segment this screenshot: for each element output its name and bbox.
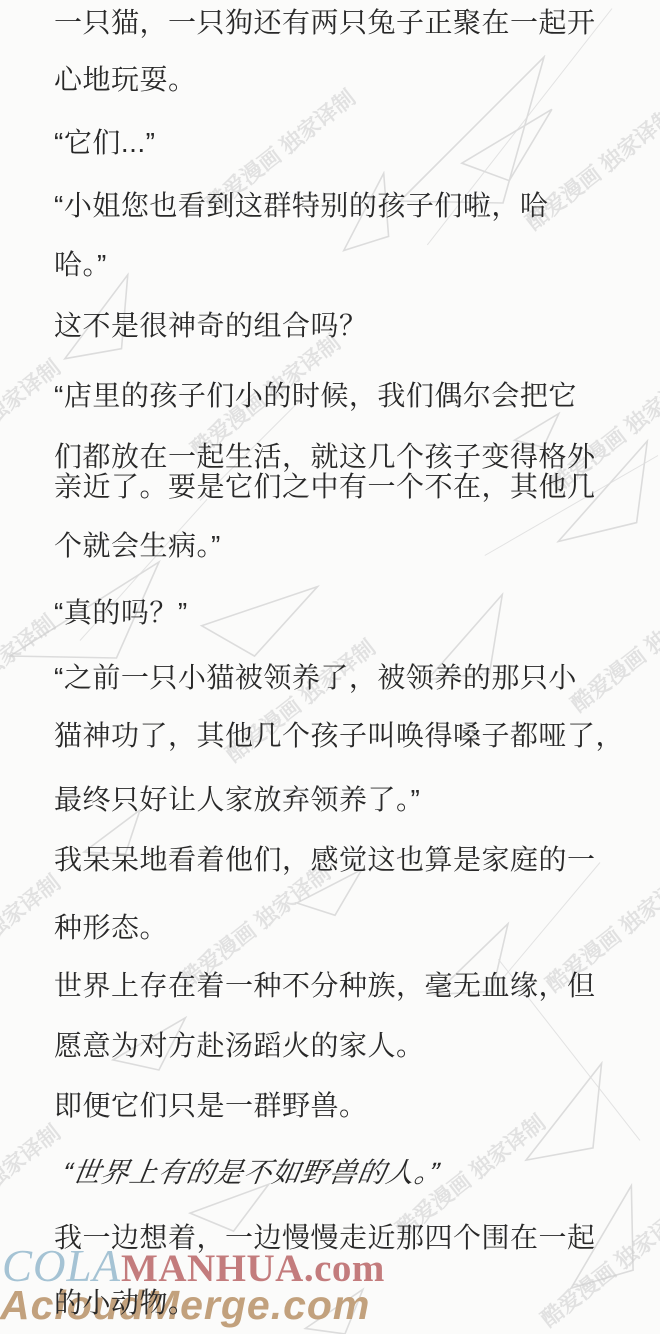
text-line: “真的吗？” [54,596,188,630]
triangle-watermark-icon [198,544,322,670]
text-line: 心地玩耍。 [54,63,197,97]
text-line: 一只猫，一只狗还有两只兔子正聚在一起开 [54,6,596,40]
diagonal-watermark-text: 酷爱漫画 独家译制 [564,582,660,719]
text-line: 愿意为对方赴汤蹈火的家人。 [54,1029,425,1063]
text-line: “它们...” [54,126,156,160]
text-line: 们都放在一起生活，就这几个孩子变得格外 [54,440,596,474]
text-line: “店里的孩子们小的时候，我们偶尔会把它 [54,379,577,413]
text-line: 个就会生病。” [54,529,221,563]
text-line: “世界上有的是不如野兽的人。” [60,1156,442,1190]
text-line: 世界上存在着一种不分种族，毫无血缘，但 [54,969,596,1003]
text-line: 种形态。 [54,911,168,945]
text-line: 亲近了。要是它们之中有一个不在，其他几 [54,470,596,504]
text-line: 猫神功了，其他几个孩子叫唤得嗓子都哑了， [54,719,624,753]
text-line: 即便它们只是一群野兽。 [54,1089,368,1123]
text-line: “小姐您也看到这群特别的孩子们啦，哈 [54,189,548,223]
text-line: “之前一只小猫被领养了，被领养的那只小 [54,661,577,695]
text-line: 最终只好让人家放弃领养了。” [54,783,420,817]
text-line: 这不是很神奇的组合吗？ [54,309,368,343]
novel-text-page: 酷爱漫画 独家译制酷爱漫画 独家译制酷爱漫画 独家译制酷爱漫画 独家译制酷爱漫画… [0,0,660,1334]
text-line: 的小动物。 [54,1286,197,1320]
text-line: 我呆呆地看着他们，感觉这也算是家庭的一 [54,843,596,877]
text-line: 哈。” [54,248,107,282]
text-line: 我一边想着，一边慢慢走近那四个围在一起 [54,1221,596,1255]
